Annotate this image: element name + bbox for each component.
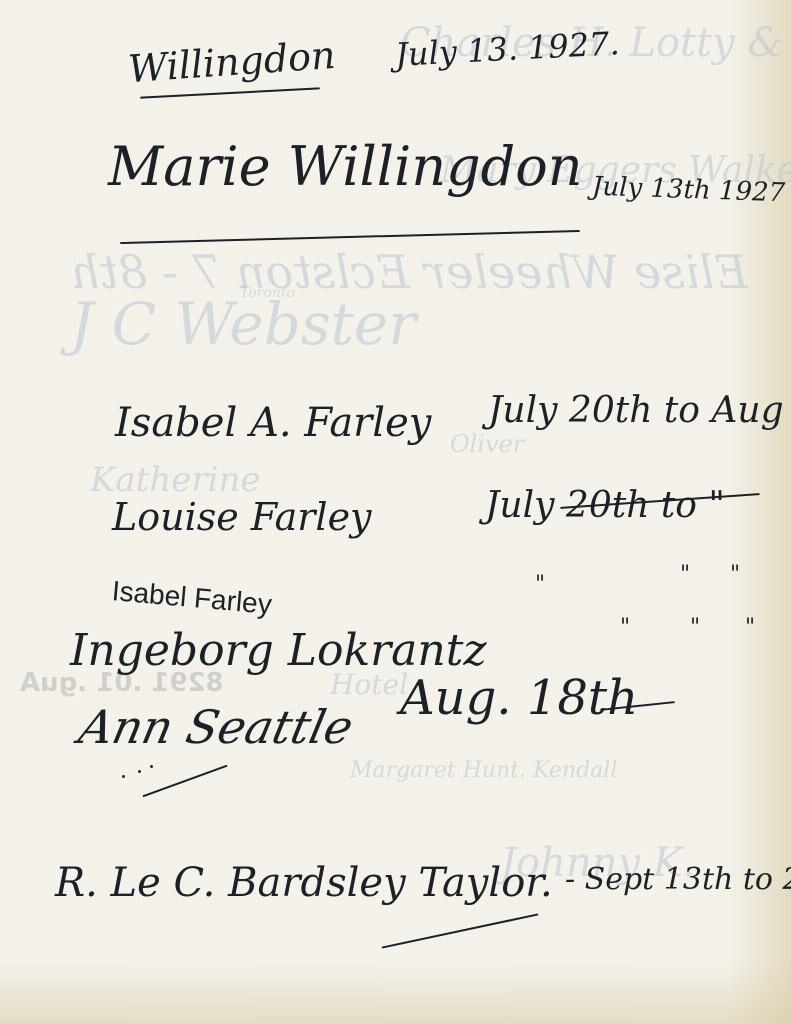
guest-book-page: Elise Wheeler Eclston 7 - 8th J C Webste… — [0, 0, 791, 1024]
ditto-mark: " — [730, 562, 740, 587]
signature: Isabel A. Farley — [115, 400, 431, 446]
ditto-mark: " — [620, 615, 630, 640]
entry-date: July 13. 1927. — [394, 24, 620, 74]
underline — [120, 230, 580, 244]
underline — [142, 765, 227, 798]
bleed-through-text: Margaret Hunt. Kendall — [350, 758, 617, 783]
signature: Ingeborg Lokrantz — [70, 625, 487, 676]
ink-dot — [150, 765, 153, 768]
bleed-through-text: J C Webster — [70, 290, 416, 358]
bleed-through-text: Katherine — [90, 460, 261, 500]
ditto-mark: " — [690, 615, 700, 640]
underline — [382, 913, 539, 948]
ditto-mark: " — [535, 572, 545, 597]
signature: Louise Farley — [112, 495, 372, 539]
entry-date: - Sept 13th to 25th — [565, 862, 791, 897]
bleed-through-text: Elise Wheeler Eclston 7 - 8th — [70, 245, 748, 299]
entry-date: Aug. 18th — [400, 670, 638, 726]
bleed-through-text: Toronto — [240, 285, 295, 301]
ditto-mark: " — [745, 615, 755, 640]
signature: Marie Willingdon — [108, 135, 583, 198]
entry-date: July 20th to Aug 22nd — [488, 390, 791, 431]
signature: Ann Seattle — [74, 700, 358, 754]
bleed-through-text: Oliver — [450, 430, 524, 458]
ink-dot — [138, 770, 141, 773]
underline — [140, 87, 320, 98]
signature: R. Le C. Bardsley Taylor. — [55, 860, 553, 906]
signature: Isabel Farley — [111, 575, 273, 621]
signature: Willingdon — [127, 33, 337, 91]
ink-dot — [122, 775, 125, 778]
ditto-mark: " — [680, 562, 690, 587]
entry-date: July 13th 1927 — [592, 172, 786, 209]
